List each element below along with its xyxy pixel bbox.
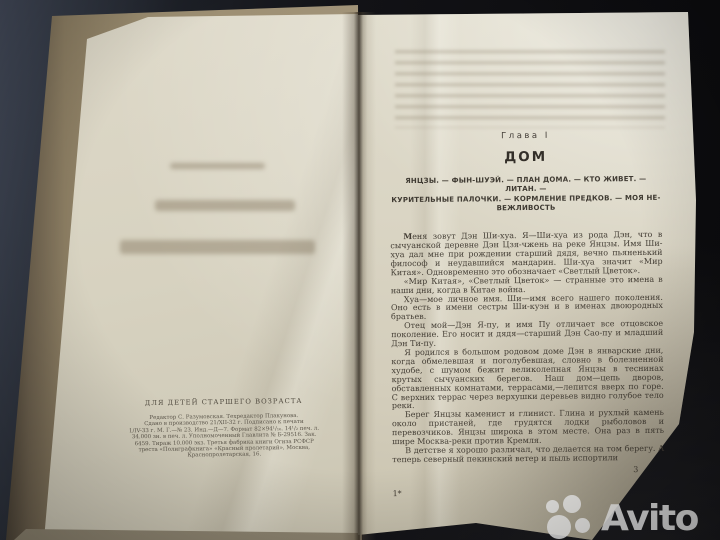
chapter-heading: Глава I bbox=[389, 130, 661, 142]
paragraph: Отец мой—Дэн Я-пу, и имя Пу отличает все… bbox=[391, 320, 663, 349]
paragraph: В детстве я хорошо различал, что делаетс… bbox=[392, 445, 664, 465]
paragraph: Хуа—мое личное имя. Ши—имя всего нашего … bbox=[391, 293, 663, 322]
avito-watermark: Avito bbox=[546, 495, 698, 539]
summary-line: ЯНЦЗЫ. — ФЫН-ШУЭЙ. — ПЛАН ДОМА. — КТО ЖИ… bbox=[390, 175, 662, 196]
paragraph: Берег Янцзы каменист и глинист. Глина и … bbox=[392, 409, 664, 447]
book-gutter bbox=[342, 12, 376, 540]
chapter-summary: ЯНЦЗЫ. — ФЫН-ШУЭЙ. — ПЛАН ДОМА. — КТО ЖИ… bbox=[390, 175, 662, 215]
body-text: Меня зовут Дэн Ши-хуа. Я—Ши-хуа из рода … bbox=[390, 230, 664, 465]
paragraph: Я родился в большом родовом доме Дэн в я… bbox=[391, 347, 664, 412]
book-photo: ДЛЯ ДЕТЕЙ СТАРШЕГО ВОЗРАСТА Редактор С. … bbox=[0, 0, 720, 540]
avito-logo-icon bbox=[546, 495, 596, 539]
logo-circle bbox=[546, 500, 559, 513]
colophon-block: Редактор С. Разумовская. Техредактор Пла… bbox=[106, 412, 343, 460]
showthrough-text-right bbox=[395, 50, 665, 128]
showthrough-line bbox=[155, 200, 295, 211]
logo-circle bbox=[575, 518, 590, 533]
watermark-label: Avito bbox=[601, 499, 698, 539]
right-page-content: Глава I ДОМ ЯНЦЗЫ. — ФЫН-ШУЭЙ. — ПЛАН ДО… bbox=[389, 130, 664, 498]
page-number: 3 bbox=[392, 465, 664, 476]
logo-circle bbox=[547, 515, 571, 539]
logo-circle bbox=[563, 495, 581, 513]
showthrough-line bbox=[120, 240, 315, 254]
showthrough-line bbox=[170, 163, 265, 169]
paragraph: Меня зовут Дэн Ши-хуа. Я—Ши-хуа из рода … bbox=[390, 230, 662, 278]
chapter-title: ДОМ bbox=[390, 148, 662, 166]
left-page-content: ДЛЯ ДЕТЕЙ СТАРШЕГО ВОЗРАСТА Редактор С. … bbox=[106, 396, 343, 460]
showthrough-text-left bbox=[115, 155, 330, 275]
